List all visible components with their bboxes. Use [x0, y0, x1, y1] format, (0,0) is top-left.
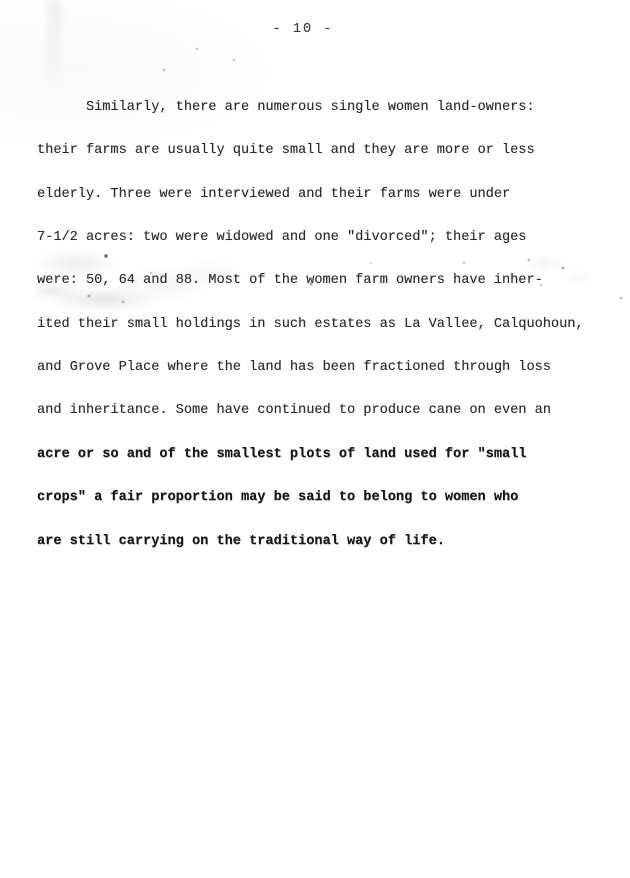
text-line: Similarly, there are numerous single wom… [37, 101, 584, 115]
text-line: acre or so and of the smallest plots of … [37, 448, 584, 462]
scan-smudge [34, 242, 269, 312]
text-line: elderly. Three were interviewed and thei… [37, 188, 584, 202]
text-line: and Grove Place where the land has been … [37, 361, 584, 375]
text-line: their farms are usually quite small and … [37, 144, 584, 158]
text-line: are still carrying on the traditional wa… [37, 535, 584, 549]
text-line: ited their small holdings in such estate… [37, 318, 584, 332]
body-paragraph: Similarly, there are numerous single wom… [37, 72, 584, 578]
scan-specks [0, 0, 2, 2]
text-line: crops" a fair proportion may be said to … [37, 491, 584, 505]
scanned-document-page: - 10 - Similarly, there are numerous sin… [0, 0, 630, 878]
text-line: and inheritance. Some have continued to … [37, 404, 584, 418]
page-number: - 10 - [0, 22, 606, 37]
scan-smudge [500, 248, 610, 293]
